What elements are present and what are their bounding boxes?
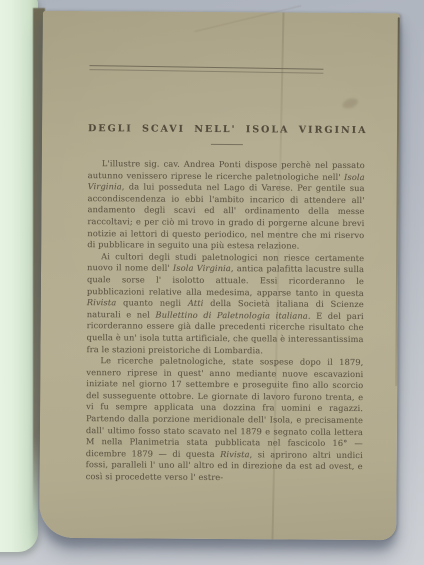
photo-background: DEGLI SCAVI NELL' ISOLA VIRGINIA L'illus… — [0, 0, 424, 565]
page-paragraphs: L'illustre sig. cav. Andrea Ponti dispos… — [86, 158, 365, 485]
book-page: DEGLI SCAVI NELL' ISOLA VIRGINIA L'illus… — [39, 11, 400, 540]
text-column: DEGLI SCAVI NELL' ISOLA VIRGINIA L'illus… — [86, 123, 366, 485]
page-diagonal-crease — [194, 5, 301, 32]
header-rule — [89, 65, 323, 74]
page-right-edge — [395, 17, 400, 386]
title-rule — [210, 144, 242, 145]
page-title: DEGLI SCAVI NELL' ISOLA VIRGINIA — [88, 123, 365, 136]
paragraph: Le ricerche paletnologiche, state sospes… — [86, 355, 364, 484]
paragraph: Ai cultori degli studi paletnologici non… — [86, 251, 364, 357]
page-stain — [341, 96, 359, 110]
paragraph: L'illustre sig. cav. Andrea Ponti dispos… — [87, 158, 365, 253]
